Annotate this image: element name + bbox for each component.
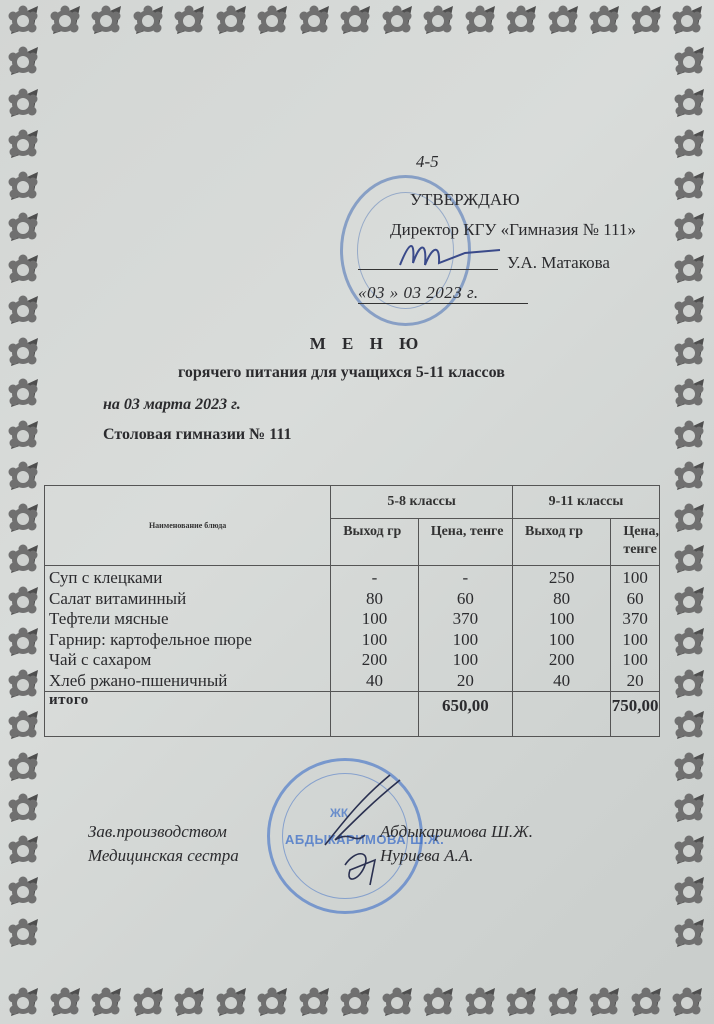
approval-director-name: У.А. Матакова xyxy=(507,253,610,273)
sub-header-price-9-11: Цена, тенге xyxy=(611,519,660,566)
dish-name: Хлеб ржано-пшеничный xyxy=(49,671,330,692)
menu-date: на 03 марта 2023 г. xyxy=(103,396,241,414)
ornament-icon xyxy=(672,986,706,1018)
ornament-icon xyxy=(8,377,42,409)
menu-place: Столовая гимназии № 111 xyxy=(103,426,291,444)
ornament-icon xyxy=(631,4,665,36)
ornament-icon xyxy=(8,45,42,77)
ornament-icon xyxy=(8,626,42,658)
ornament-icon xyxy=(506,986,540,1018)
dish-name-header: Наименование блюда xyxy=(45,486,331,566)
table-value: - xyxy=(331,568,417,589)
sub-header-out-5-8: Выход гр xyxy=(331,519,418,566)
ornament-icon xyxy=(465,986,499,1018)
approval-date: «03 » 03 2023 г. xyxy=(358,283,528,304)
ornament-icon xyxy=(8,128,42,160)
ornament-icon xyxy=(382,986,416,1018)
ornament-icon xyxy=(674,419,708,451)
ornament-icon xyxy=(133,4,167,36)
ornament-icon xyxy=(8,986,42,1018)
table-value: 100 xyxy=(513,609,610,630)
ornament-icon xyxy=(674,585,708,617)
ornament-icon xyxy=(548,4,582,36)
ornament-icon xyxy=(674,626,708,658)
table-value: 100 xyxy=(611,630,659,651)
table-value: 370 xyxy=(611,609,659,630)
ornament-icon xyxy=(257,986,291,1018)
production-head-title: Зав.производством xyxy=(88,822,227,842)
stamp-ip-label: ЖК xyxy=(330,806,348,820)
total-empty-cell xyxy=(331,692,418,737)
ornament-icon xyxy=(8,460,42,492)
table-value: 200 xyxy=(513,650,610,671)
ornament-icon xyxy=(8,834,42,866)
ornament-icon xyxy=(674,377,708,409)
table-value: 370 xyxy=(419,609,512,630)
production-head-name: Абдыкаримова Ш.Ж. xyxy=(380,822,533,842)
price-5-8-list: -6037010010020 xyxy=(418,566,512,692)
ornament-icon xyxy=(8,792,42,824)
total-9-11: 750,00 xyxy=(611,692,660,737)
ornament-icon xyxy=(216,4,250,36)
menu-subtitle: горячего питания для учащихся 5-11 класс… xyxy=(178,364,505,382)
ornament-icon xyxy=(589,4,623,36)
ornament-icon xyxy=(8,502,42,534)
ornament-icon xyxy=(299,4,333,36)
sub-header-price-5-8: Цена, тенге xyxy=(418,519,512,566)
nurse-title: Медицинская сестра xyxy=(88,846,239,866)
ornament-icon xyxy=(674,543,708,575)
ornament-icon xyxy=(91,4,125,36)
table-value: 100 xyxy=(611,650,659,671)
ornament-icon xyxy=(8,170,42,202)
ornament-icon xyxy=(133,986,167,1018)
table-value: 80 xyxy=(513,589,610,610)
ornament-icon xyxy=(8,294,42,326)
table-value: 60 xyxy=(611,589,659,610)
dish-list: Суп с клецкамиСалат витаминныйТефтели мя… xyxy=(45,566,331,692)
group-header-5-8: 5-8 классы xyxy=(331,486,513,519)
table-value: 80 xyxy=(331,589,417,610)
ornament-icon xyxy=(674,294,708,326)
ornament-icon xyxy=(8,543,42,575)
group-header-9-11: 9-11 классы xyxy=(512,486,659,519)
ornament-icon xyxy=(8,87,42,119)
table-value: 60 xyxy=(419,589,512,610)
table-value: 200 xyxy=(331,650,417,671)
approval-director-line: Директор КГУ «Гимназия № 111» xyxy=(390,220,636,240)
table-value: 100 xyxy=(419,630,512,651)
ornament-icon xyxy=(340,4,374,36)
ornament-icon xyxy=(50,4,84,36)
dish-name: Тефтели мясные xyxy=(49,609,330,630)
ornament-icon xyxy=(8,585,42,617)
ornament-icon xyxy=(674,668,708,700)
dish-name: Салат витаминный xyxy=(49,589,330,610)
ornament-icon xyxy=(299,986,333,1018)
ornament-icon xyxy=(8,211,42,243)
ornament-icon xyxy=(50,986,84,1018)
total-label: итого xyxy=(45,692,331,737)
ornament-icon xyxy=(674,253,708,285)
ornament-icon xyxy=(423,986,457,1018)
table-value: 40 xyxy=(331,671,417,692)
ornament-icon xyxy=(257,4,291,36)
table-value: 40 xyxy=(513,671,610,692)
ornament-icon xyxy=(631,986,665,1018)
table-value: 100 xyxy=(331,609,417,630)
menu-table: Наименование блюда 5-8 классы 9-11 класс… xyxy=(44,485,660,737)
ornament-icon xyxy=(340,986,374,1018)
ornament-icon xyxy=(506,4,540,36)
ornament-icon xyxy=(465,4,499,36)
ornament-icon xyxy=(8,751,42,783)
table-value: 100 xyxy=(513,630,610,651)
ornament-icon xyxy=(589,986,623,1018)
table-value: 20 xyxy=(611,671,659,692)
ornament-icon xyxy=(8,875,42,907)
table-value: 100 xyxy=(419,650,512,671)
out-9-11-list: 2508010010020040 xyxy=(512,566,610,692)
ornament-icon xyxy=(423,4,457,36)
ornament-icon xyxy=(91,986,125,1018)
dish-name: Гарнир: картофельное пюре xyxy=(49,630,330,651)
ornament-icon xyxy=(174,4,208,36)
ornament-icon xyxy=(674,502,708,534)
total-5-8: 650,00 xyxy=(418,692,512,737)
ornament-icon xyxy=(674,792,708,824)
menu-title: М Е Н Ю xyxy=(0,334,714,354)
ornament-icon xyxy=(674,709,708,741)
out-5-8-list: -8010010020040 xyxy=(331,566,418,692)
table-value: 250 xyxy=(513,568,610,589)
table-value: 100 xyxy=(611,568,659,589)
nurse-name: Нуриева А.А. xyxy=(380,846,473,866)
table-value: - xyxy=(419,568,512,589)
ornament-icon xyxy=(672,4,706,36)
dish-name: Суп с клецками xyxy=(49,568,330,589)
ornament-icon xyxy=(8,4,42,36)
table-value: 20 xyxy=(419,671,512,692)
ornament-icon xyxy=(674,834,708,866)
ornament-icon xyxy=(216,986,250,1018)
approval-number: 4-5 xyxy=(416,152,439,172)
ornament-icon xyxy=(674,875,708,907)
ornament-icon xyxy=(674,45,708,77)
ornament-icon xyxy=(548,986,582,1018)
ornament-icon xyxy=(174,986,208,1018)
total-empty-cell xyxy=(512,692,610,737)
approval-heading: УТВЕРЖДАЮ xyxy=(410,190,520,210)
price-9-11-list: 1006037010010020 xyxy=(611,566,660,692)
ornament-icon xyxy=(8,668,42,700)
ornament-icon xyxy=(8,709,42,741)
ornament-icon xyxy=(674,87,708,119)
ornament-icon xyxy=(674,170,708,202)
dish-name: Чай с сахаром xyxy=(49,650,330,671)
ornament-icon xyxy=(8,917,42,949)
ornament-icon xyxy=(8,419,42,451)
table-value: 100 xyxy=(331,630,417,651)
ornament-icon xyxy=(674,211,708,243)
ornament-icon xyxy=(674,751,708,783)
signature-line xyxy=(358,253,498,270)
ornament-icon xyxy=(674,460,708,492)
ornament-icon xyxy=(382,4,416,36)
ornament-icon xyxy=(674,917,708,949)
ornament-icon xyxy=(674,128,708,160)
sub-header-out-9-11: Выход гр xyxy=(512,519,610,566)
ornament-icon xyxy=(8,253,42,285)
